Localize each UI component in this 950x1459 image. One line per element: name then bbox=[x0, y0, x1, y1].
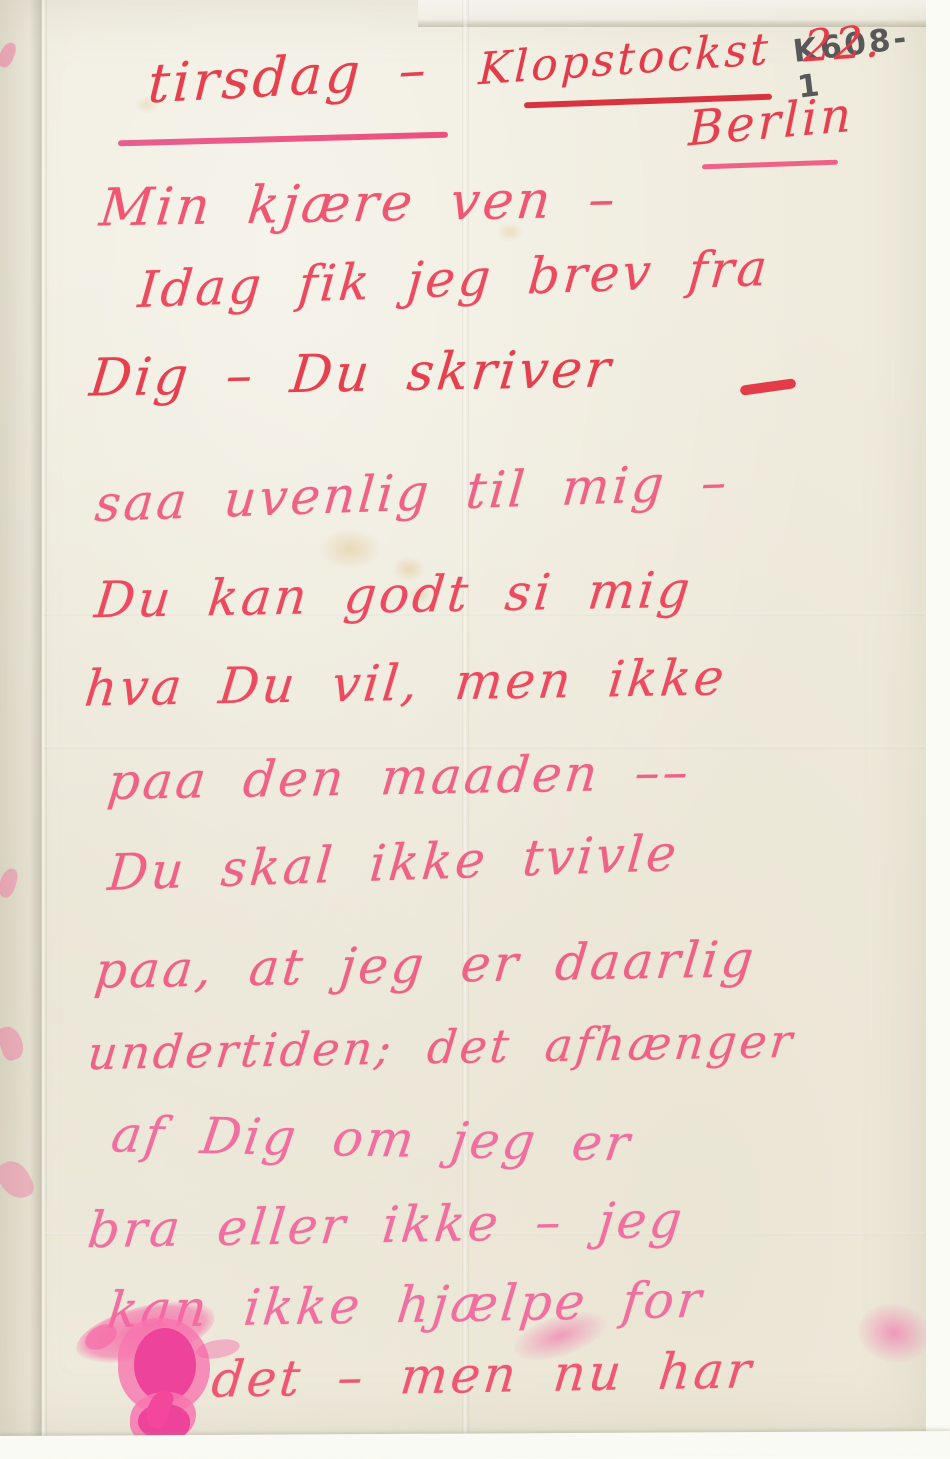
letter-line: paa, at jeg er daarlig bbox=[92, 934, 758, 996]
pen-flourish-arrow bbox=[740, 378, 797, 396]
letter-line: hva Du vil, men ikke bbox=[82, 652, 729, 713]
letter-line: Idag fik jeg brev fra bbox=[136, 243, 772, 315]
letter-line: Du kan godt si mig bbox=[92, 565, 695, 626]
letter-line-salutation: Min kjære ven – bbox=[97, 173, 620, 234]
scanned-letter-page: K608-1 tirsdag – Klopstockst 22. Berlin … bbox=[0, 0, 950, 1459]
paper-right-edge bbox=[926, 0, 950, 1459]
ink-smudge bbox=[853, 1297, 935, 1369]
foxing-stain bbox=[318, 528, 382, 570]
letter-line: undertiden; det afhænger bbox=[86, 1018, 798, 1076]
letter-line: af Dig om jeg er bbox=[109, 1110, 636, 1169]
fold-crease-left bbox=[40, 0, 47, 1436]
letter-line: bra eller ikke – jeg bbox=[85, 1195, 687, 1256]
heading-address-city: Berlin bbox=[688, 91, 854, 154]
letter-line: saa uvenlig til mig – bbox=[93, 457, 732, 529]
letter-line: Dig – Du skriver bbox=[87, 343, 615, 404]
letter-line: Du skal ikke tvivle bbox=[106, 828, 681, 898]
underline-city bbox=[702, 160, 838, 170]
left-fold-strip bbox=[0, 0, 42, 1436]
letter-line: det – men nu har bbox=[209, 1345, 756, 1405]
letter-paper: K608-1 tirsdag – Klopstockst 22. Berlin … bbox=[0, 0, 926, 1436]
heading-date-line: tirsdag – bbox=[147, 43, 430, 112]
underline-date bbox=[118, 132, 448, 147]
letter-line: paa den maaden –– bbox=[105, 747, 693, 807]
